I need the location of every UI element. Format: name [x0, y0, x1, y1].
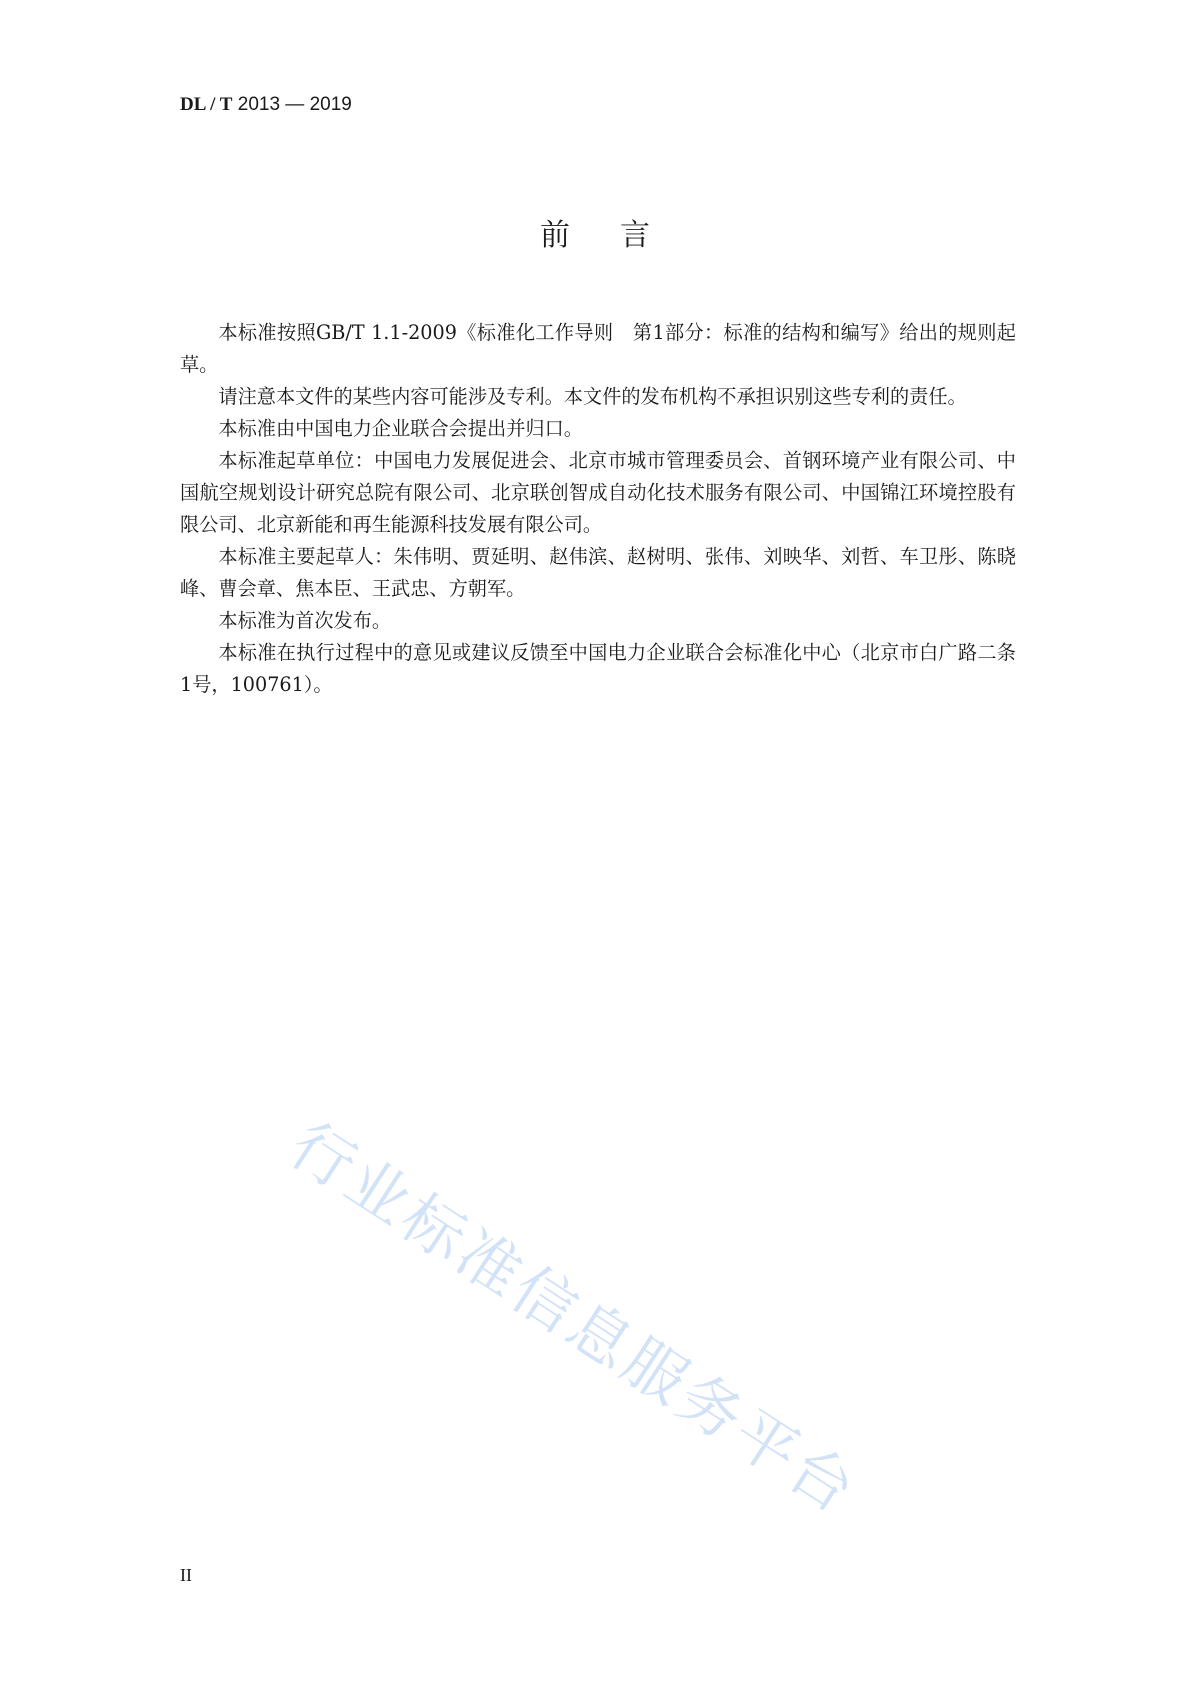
- paragraph-drafters: 本标准主要起草人：朱伟明、贾延明、赵伟滨、赵树明、张伟、刘映华、刘哲、车卫彤、陈…: [180, 541, 1016, 605]
- document-code: DL / T 2013 — 2019: [180, 94, 352, 116]
- page-number: II: [180, 1565, 192, 1586]
- paragraph-patent-notice: 请注意本文件的某些内容可能涉及专利。本文件的发布机构不承担识别这些专利的责任。: [180, 381, 1016, 413]
- paragraph-drafting-units: 本标准起草单位：中国电力发展促进会、北京市城市管理委员会、首钢环境产业有限公司、…: [180, 445, 1016, 541]
- paragraph-first-release: 本标准为首次发布。: [180, 605, 1016, 637]
- paragraph-proposer: 本标准由中国电力企业联合会提出并归口。: [180, 413, 1016, 445]
- document-code-number: 2013 — 2019: [238, 94, 352, 115]
- foreword-body: 本标准按照GB/T 1.1-2009《标准化工作导则 第1部分：标准的结构和编写…: [180, 317, 1016, 701]
- page-title: 前言: [0, 210, 1190, 254]
- paragraph-drafting-rules: 本标准按照GB/T 1.1-2009《标准化工作导则 第1部分：标准的结构和编写…: [180, 317, 1016, 381]
- paragraph-feedback: 本标准在执行过程中的意见或建议反馈至中国电力企业联合会标准化中心（北京市白广路二…: [180, 637, 1016, 701]
- watermark: 行业标准信息服务平台: [276, 1097, 878, 1531]
- document-code-prefix: DL / T: [180, 94, 232, 115]
